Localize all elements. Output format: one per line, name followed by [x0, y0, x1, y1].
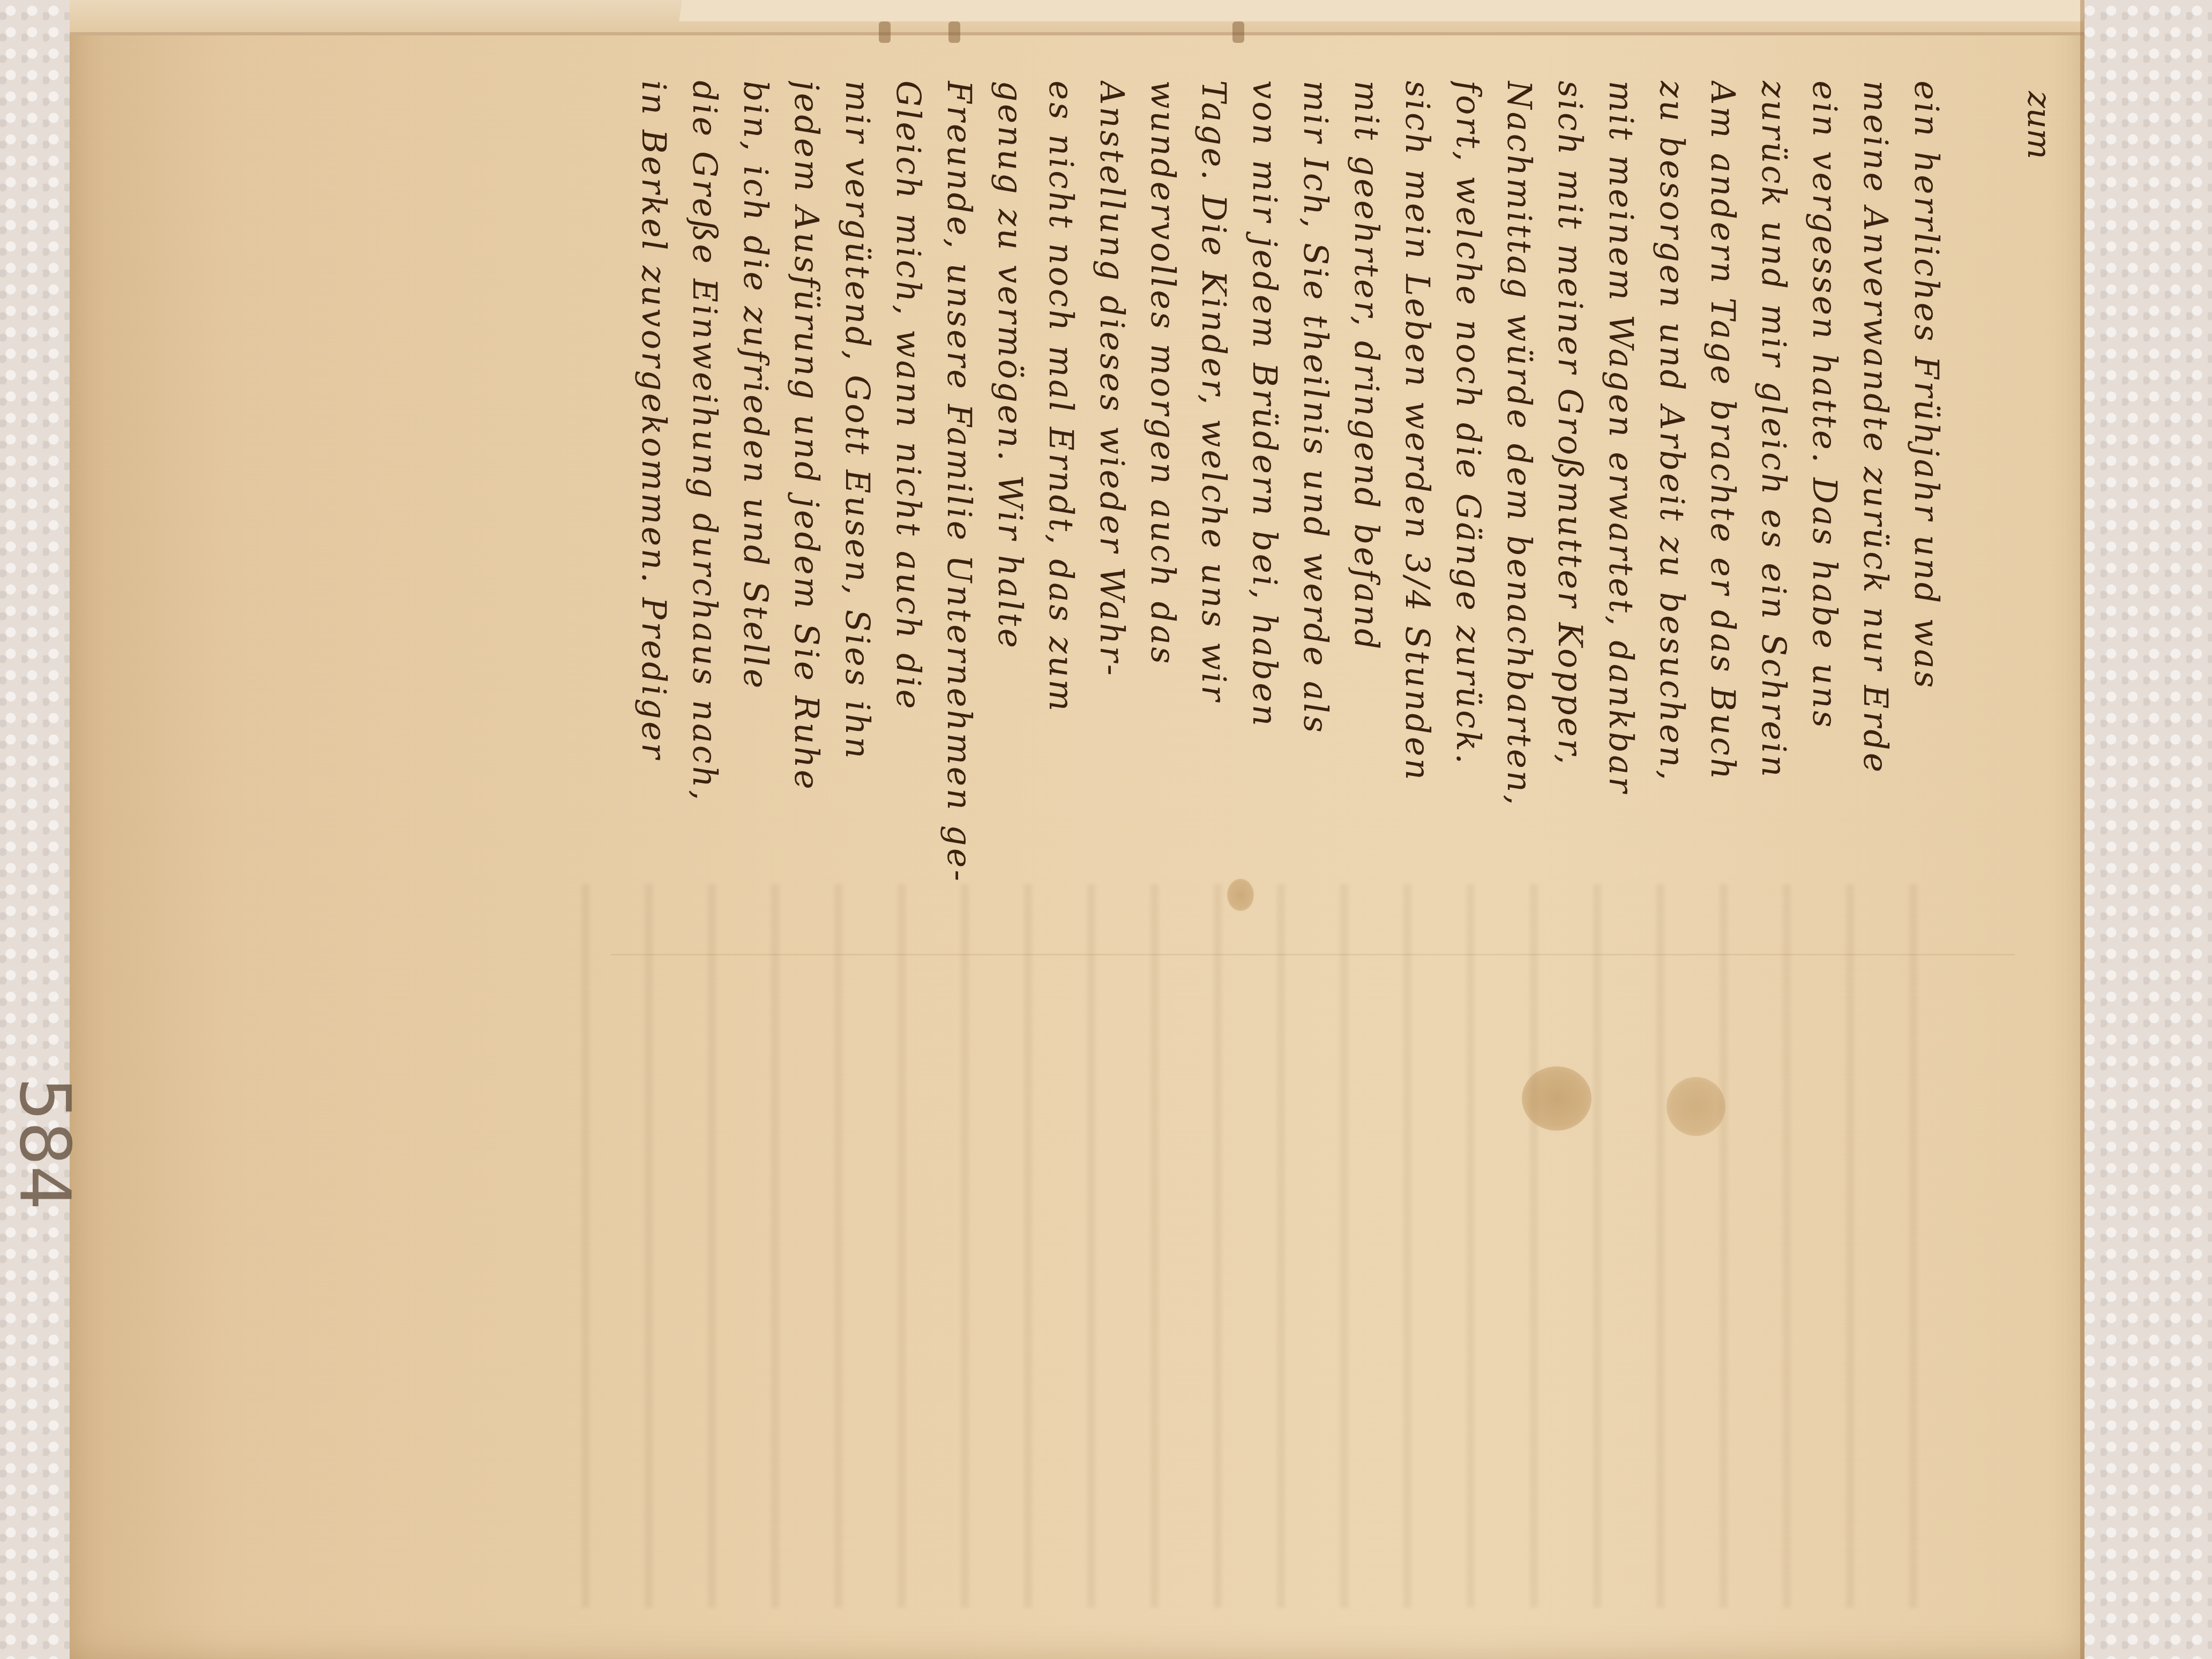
- text-line: bin, ich die zufrieden und Stelle: [734, 80, 777, 939]
- text-line: Nachmittag würde dem benachbarten,: [1498, 80, 1541, 939]
- text-line: genug zu vermögen. Wir halte: [989, 80, 1032, 939]
- catchword: zum: [2020, 91, 2058, 159]
- text-line: Gleich mich, wann nicht auch die: [887, 80, 930, 939]
- text-line: wundervolles morgen auch das: [1141, 80, 1184, 939]
- water-stain: [1522, 1066, 1591, 1131]
- text-line: von mir jedem Brüdern bei, haben: [1243, 80, 1286, 939]
- text-line: fort, welche noch die Gänge zurück.: [1447, 80, 1490, 939]
- text-line: meine Anverwandte zurück nur Erde: [1854, 80, 1897, 939]
- text-line: sich mein Leben werden 3/4 Stunden: [1396, 80, 1439, 939]
- text-line: Freunde, unsere Familie Unternehmen ge-: [938, 80, 981, 939]
- text-line: ein herrliches Frühjahr und was: [1905, 80, 1948, 939]
- text-line: zu besorgen und Arbeit zu besuchen,: [1650, 80, 1693, 939]
- water-stain: [1667, 1077, 1725, 1136]
- ink-bleed-through: [536, 884, 1929, 1608]
- text-line: mir vergütend, Gott Eusen, Sies ihn: [836, 80, 879, 939]
- text-line: es nicht noch mal Erndt, das zum: [1040, 80, 1082, 939]
- handwritten-text-block: in Berkel zuvorgekommen. Prediger die Gr…: [611, 32, 2015, 955]
- text-line: sich mit meiner Großmutter Kopper,: [1549, 80, 1591, 939]
- text-line: in Berkel zuvorgekommen. Prediger: [632, 80, 675, 939]
- ink-blot: [1227, 879, 1254, 911]
- text-line: Tage. Die Kinder, welche uns wir: [1192, 80, 1235, 939]
- text-line: mir Ich, Sie theilnis und werde als: [1294, 80, 1337, 939]
- page-edge: [2080, 0, 2084, 1659]
- text-line: die Greße Einweihung durchaus nach,: [683, 80, 726, 939]
- folded-flap: [679, 0, 2086, 21]
- archive-number: 584: [4, 1077, 86, 1210]
- text-line: mit meinem Wagen erwartet, dankbar: [1600, 80, 1642, 939]
- text-line: ein vergessen hatte. Das habe uns: [1803, 80, 1846, 939]
- text-line: Anstellung dieses wieder Wahr-: [1090, 80, 1133, 939]
- text-line: zurück und mir gleich es ein Schrein: [1752, 80, 1795, 939]
- text-line: mit geehrter, dringend befand: [1345, 80, 1388, 939]
- text-line: Am andern Tage brachte er das Buch: [1701, 80, 1744, 939]
- text-line: jedem Ausfürung und jedem Sie Ruhe: [785, 80, 828, 939]
